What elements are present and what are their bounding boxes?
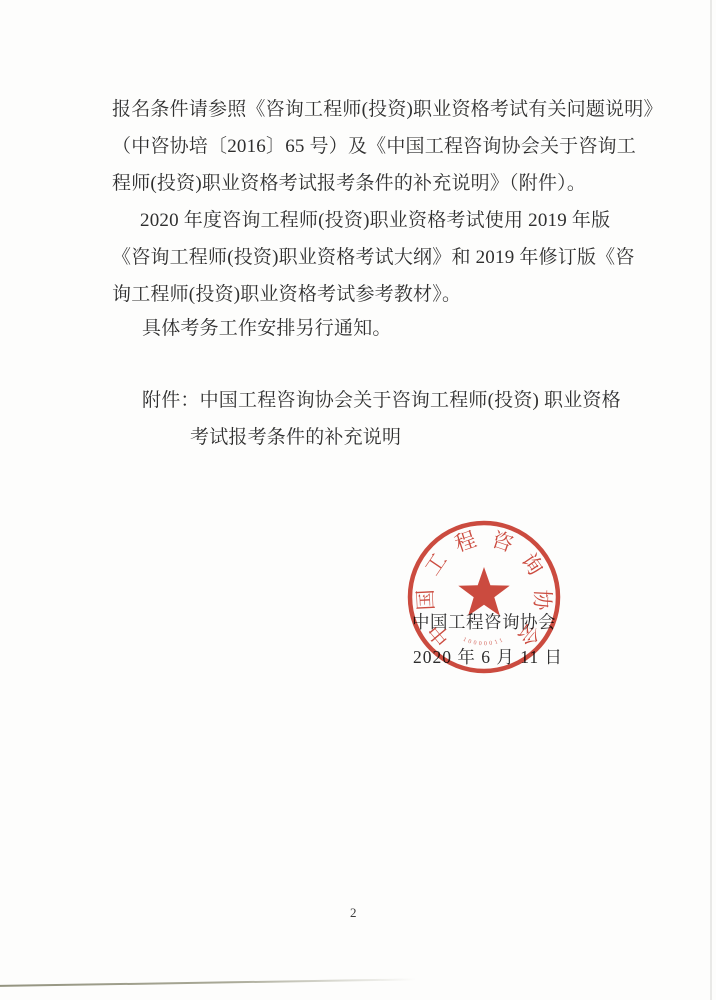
attachment-line-2: 考试报考条件的补充说明	[190, 427, 401, 448]
official-seal: 中 国 工 程 咨 询 协 会 10000011	[399, 512, 569, 682]
scan-edge-right	[710, 0, 712, 1000]
page-number: 2	[350, 905, 357, 921]
body-line-5: 《咨询工程师(投资)职业资格考试大纲》和 2019 年修订版《咨	[112, 247, 635, 268]
seal-arc-char: 程	[452, 527, 480, 556]
body-line-7: 具体考务工作安排另行通知。	[142, 318, 392, 339]
body-line-1: 报名条件请参照《咨询工程师(投资)职业资格考试有关问题说明》	[112, 99, 663, 120]
body-line-4: 2020 年度咨询工程师(投资)职业资格考试使用 2019 年版	[140, 210, 610, 231]
body-line-3: 程师(投资)职业资格考试报考条件的补充说明》（附件）。	[112, 173, 586, 194]
body-line-2: （中咨协培〔2016〕65 号）及《中国工程咨询协会关于咨询工	[112, 136, 636, 157]
document-page: 报名条件请参照《咨询工程师(投资)职业资格考试有关问题说明》 （中咨协培〔201…	[0, 0, 716, 1000]
seal-code: 10000011	[462, 637, 506, 647]
body-line-6: 询工程师(投资)职业资格考试参考教材》。	[112, 284, 461, 305]
seal-arc-char: 咨	[489, 527, 517, 556]
attachment-line-1: 附件：中国工程咨询协会关于咨询工程师(投资) 职业资格	[142, 390, 621, 411]
seal-arc-char: 国	[413, 589, 438, 611]
star-icon	[458, 567, 509, 616]
seal-arc-char: 协	[530, 589, 555, 612]
scan-edge-bottom	[0, 978, 416, 987]
